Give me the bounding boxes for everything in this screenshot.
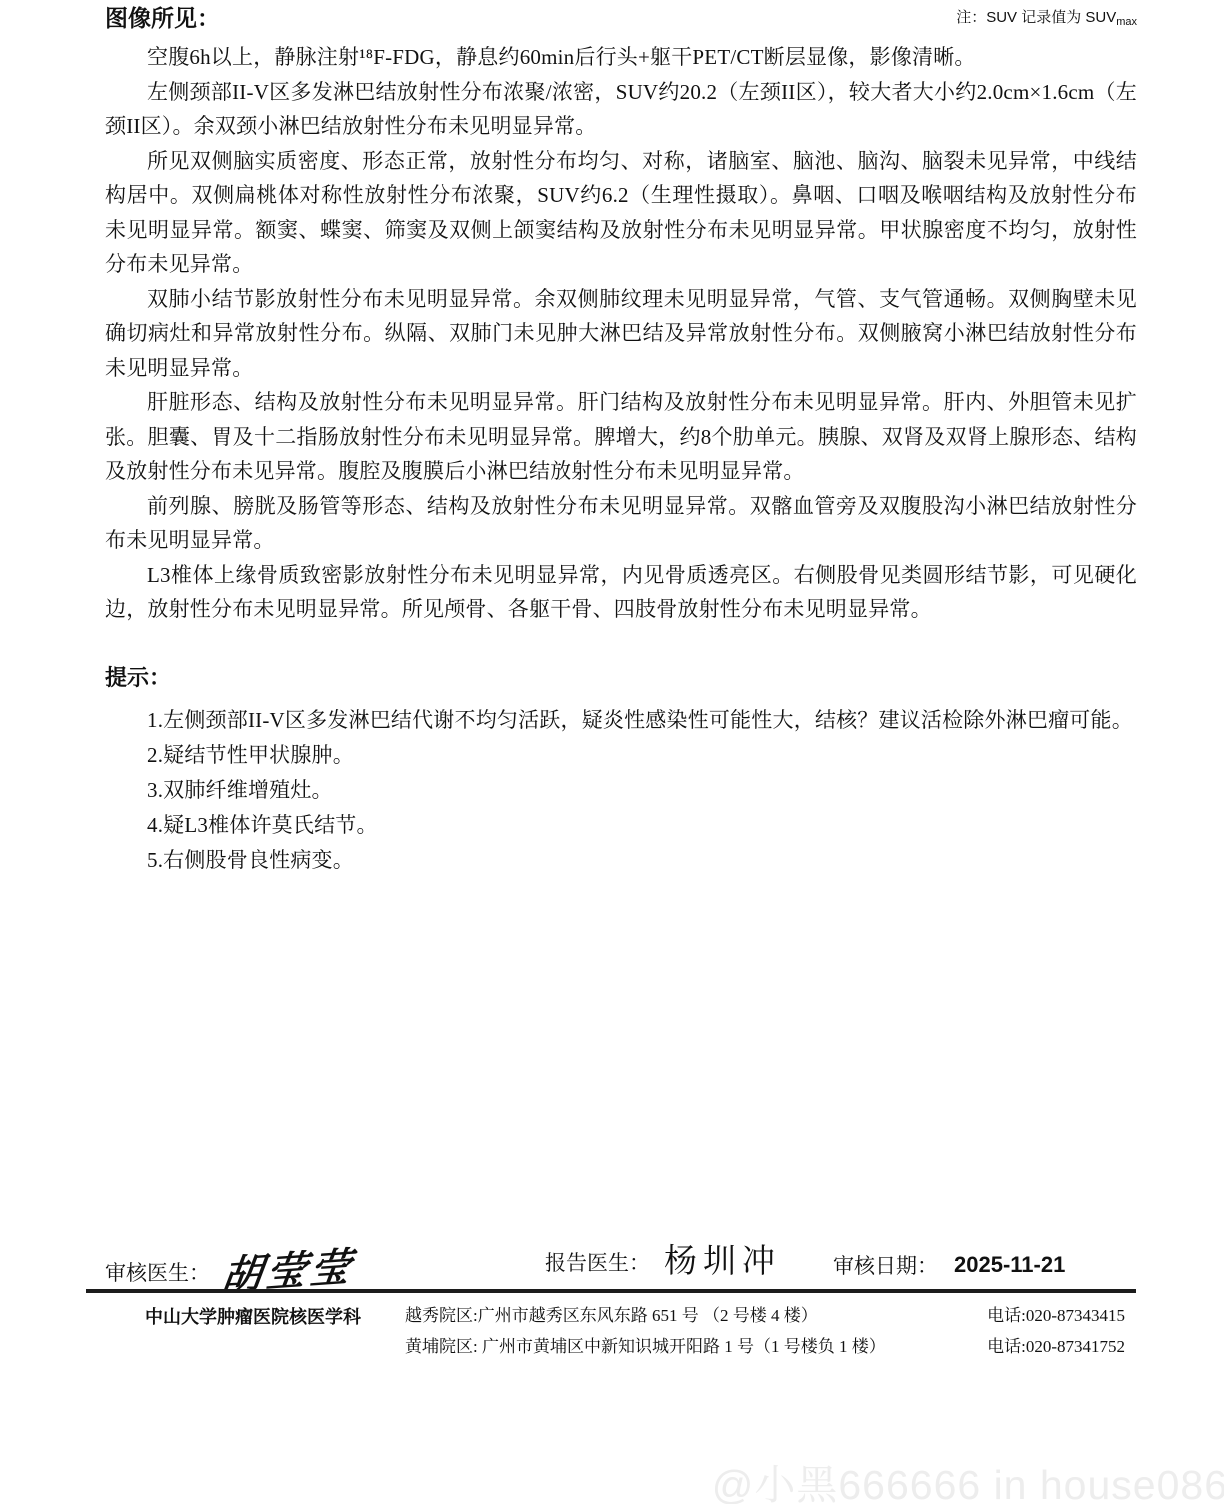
campus2-phone: 电话:020-87341752 [987, 1331, 1125, 1362]
impression-item: 3.双肺纤维增殖灶。 [147, 773, 1137, 808]
campus1-phone: 电话:020-87343415 [987, 1300, 1125, 1331]
findings-paragraph: 所见双侧脑实质密度、形态正常，放射性分布均匀、对称，诸脑室、脑池、脑沟、脑裂未见… [105, 144, 1137, 282]
campus2-address: 黄埔院区: 广州市黄埔区中新知识城开阳路 1 号（1 号楼负 1 楼） [405, 1331, 895, 1362]
impression-item: 5.右侧股骨良性病变。 [147, 843, 1137, 878]
impression-item: 4.疑L3椎体许莫氏结节。 [147, 808, 1137, 843]
findings-paragraph: 双肺小结节影放射性分布未见明显异常。余双侧肺纹理未见明显异常，气管、支气管通畅。… [105, 282, 1137, 386]
review-date-group: 审核日期： 2025-11-21 [833, 1250, 1065, 1280]
suv-note-text: 注：SUV 记录值为 SUV [956, 9, 1116, 26]
findings-paragraph: 左侧颈部II-V区多发淋巴结放射性分布浓聚/浓密，SUV约20.2（左颈II区）… [105, 75, 1137, 144]
findings-paragraph: 空腹6h以上，静脉注射¹⁸F-FDG，静息约60min后行头+躯干PET/CT断… [105, 40, 1137, 75]
findings-section: 空腹6h以上，静脉注射¹⁸F-FDG，静息约60min后行头+躯干PET/CT断… [105, 40, 1137, 627]
department-name: 中山大学肿瘤医院核医学科 [105, 1300, 405, 1329]
footer: 中山大学肿瘤医院核医学科 越秀院区:广州市越秀区东风东路 651 号 （2 号楼… [105, 1300, 1125, 1362]
reporter-group: 报告医生： 杨圳冲 [545, 1244, 781, 1280]
report-header: 图像所见： 注：SUV 记录值为 SUVmax [105, 4, 1137, 34]
impression-heading: 提示： [105, 663, 1137, 693]
reviewer-label: 审核医生： [105, 1257, 210, 1287]
findings-paragraph: L3椎体上缘骨质致密影放射性分布未见明显异常，内见骨质透亮区。右侧股骨见类圆形结… [105, 558, 1137, 627]
suv-note-subscript: max [1116, 16, 1137, 28]
suv-note: 注：SUV 记录值为 SUVmax [956, 6, 1137, 34]
impression-item: 2.疑结节性甲状腺肿。 [147, 738, 1137, 773]
findings-heading: 图像所见： [105, 4, 220, 34]
review-date-label: 审核日期： [833, 1250, 938, 1280]
impression-section: 1.左侧颈部II-V区多发淋巴结代谢不均匀活跃，疑炎性感染性可能性大，结核？建议… [105, 703, 1137, 878]
signoff-row: 审核医生： 胡莹莹 报告医生： 杨圳冲 审核日期： 2025-11-21 [105, 1236, 1123, 1294]
watermark: @小黑666666 in house086 [712, 1452, 1224, 1504]
reporter-label: 报告医生： [545, 1247, 650, 1277]
report-page: 图像所见： 注：SUV 记录值为 SUVmax 空腹6h以上，静脉注射¹⁸F-F… [0, 0, 1224, 1504]
footer-divider [86, 1289, 1136, 1293]
findings-paragraph: 肝脏形态、结构及放射性分布未见明显异常。肝门结构及放射性分布未见明显异常。肝内、… [105, 385, 1137, 489]
review-date-value: 2025-11-21 [954, 1252, 1065, 1278]
impression-item: 1.左侧颈部II-V区多发淋巴结代谢不均匀活跃，疑炎性感染性可能性大，结核？建议… [147, 703, 1137, 738]
findings-paragraph: 前列腺、膀胱及肠管等形态、结构及放射性分布未见明显异常。双髂血管旁及双腹股沟小淋… [105, 489, 1137, 558]
campus-phones: 电话:020-87343415 电话:020-87341752 [987, 1300, 1125, 1362]
reviewer-group: 审核医生： 胡莹莹 [105, 1252, 354, 1292]
campus1-address: 越秀院区:广州市越秀区东风东路 651 号 （2 号楼 4 楼） [405, 1300, 895, 1331]
campus-addresses: 越秀院区:广州市越秀区东风东路 651 号 （2 号楼 4 楼） 黄埔院区: 广… [405, 1300, 895, 1362]
reporter-name: 杨圳冲 [664, 1244, 781, 1280]
report-body: 图像所见： 注：SUV 记录值为 SUVmax 空腹6h以上，静脉注射¹⁸F-F… [105, 4, 1137, 878]
